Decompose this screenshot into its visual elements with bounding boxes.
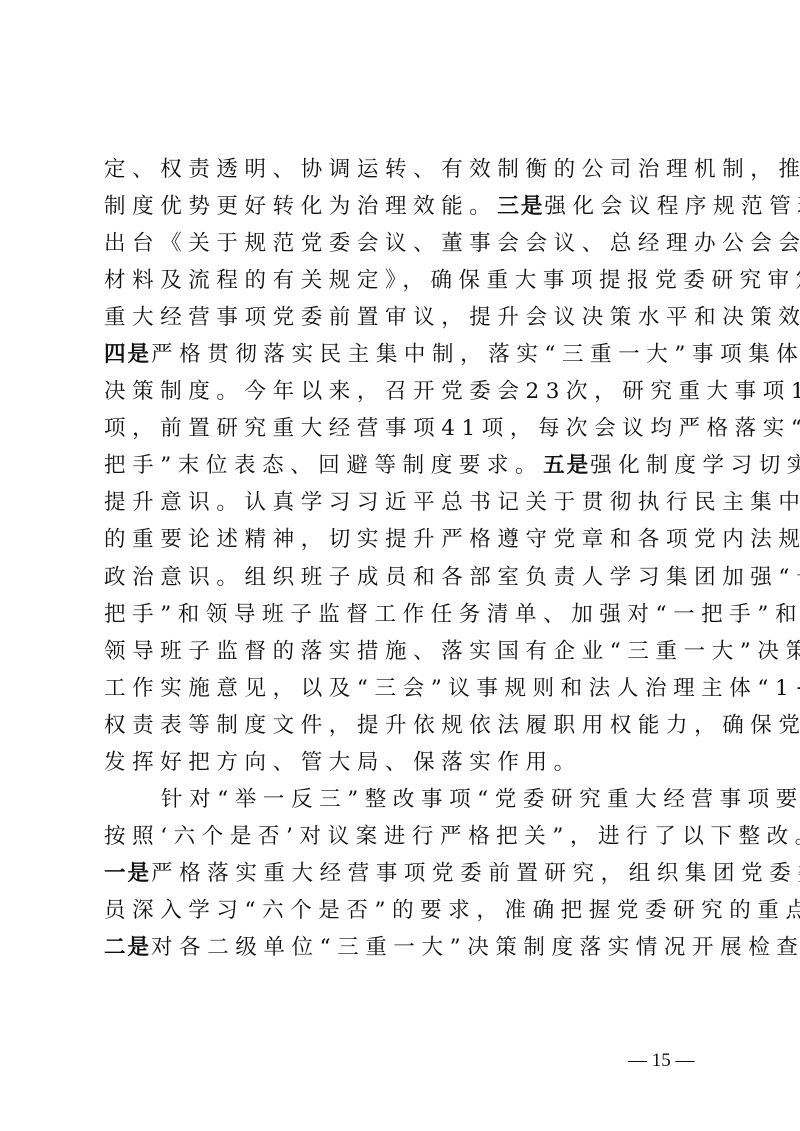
bold-heading-marker: 一是 — [104, 861, 151, 886]
document-page: 定、权责透明、协调运转、有效制衡的公司治理机制，推动制度优势更好转化为治理效能。… — [0, 0, 800, 1131]
bold-heading-marker: 二是 — [104, 935, 151, 960]
text-segment: 强化会议程序规范管理。 — [544, 194, 800, 219]
text-line: 一是严格落实重大经营事项党委前置研究，组织集团党委委 — [104, 855, 704, 892]
text-line: 的重要论述精神，切实提升严格遵守党章和各项党内法规的 — [104, 521, 704, 558]
bold-heading-marker: 四是 — [104, 342, 151, 367]
text-line: 员深入学习“六个是否”的要求，准确把握党委研究的重点。 — [104, 892, 704, 929]
text-line: 按照‘六个是否’对议案进行严格把关”，进行了以下整改。 — [104, 818, 704, 855]
text-segment: 严格贯彻落实民主集中制，落实“三重一大”事项集体 — [151, 342, 800, 367]
text-segment: 领导班子监督的落实措施、落实国有企业“三重一大”决策 — [104, 639, 800, 664]
text-line: 重大经营事项党委前置审议，提升会议决策水平和决策效率。 — [104, 299, 704, 336]
text-segment: 工作实施意见，以及“三会”议事规则和法人治理主体“1+3” — [104, 676, 800, 701]
text-segment: 政治意识。组织班子成员和各部室负责人学习集团加强“一 — [104, 565, 800, 590]
text-line: 工作实施意见，以及“三会”议事规则和法人治理主体“1+3” — [104, 670, 704, 707]
text-segment: 提升意识。认真学习习近平总书记关于贯彻执行民主集中制 — [104, 490, 800, 515]
text-segment: 的重要论述精神，切实提升严格遵守党章和各项党内法规的 — [104, 527, 800, 552]
text-line: 制度优势更好转化为治理效能。三是强化会议程序规范管理。 — [104, 188, 704, 225]
text-segment: 决策制度。今年以来，召开党委会23次，研究重大事项113 — [104, 379, 800, 404]
text-segment: 出台《关于规范党委会议、董事会会议、总经理办公会会议 — [104, 231, 800, 256]
text-line: 二是对各二级单位“三重一大”决策制度落实情况开展检查， — [104, 929, 704, 966]
text-segment: 发挥好把方向、管大局、保落实作用。 — [104, 750, 582, 775]
text-line: 发挥好把方向、管大局、保落实作用。 — [104, 744, 704, 781]
text-segment: 员深入学习“六个是否”的要求，准确把握党委研究的重点。 — [104, 898, 800, 923]
text-segment: 材料及流程的有关规定》，确保重大事项提报党委研究审定、 — [104, 268, 800, 293]
bold-heading-marker: 三是 — [497, 194, 544, 219]
text-line: 出台《关于规范党委会议、董事会会议、总经理办公会会议 — [104, 225, 704, 262]
text-segment: 把手”和领导班子监督工作任务清单、加强对“一把手”和 — [104, 602, 800, 627]
bold-heading-marker: 五是 — [543, 453, 590, 478]
text-line: 决策制度。今年以来，召开党委会23次，研究重大事项113 — [104, 373, 704, 410]
text-line: 权责表等制度文件，提升依规依法履职用权能力，确保党委 — [104, 707, 704, 744]
text-line: 提升意识。认真学习习近平总书记关于贯彻执行民主集中制 — [104, 484, 704, 521]
text-segment: 制度优势更好转化为治理效能。 — [104, 194, 497, 219]
text-line: 把手”和领导班子监督工作任务清单、加强对“一把手”和 — [104, 596, 704, 633]
text-segment: 强化制度学习切实 — [590, 453, 800, 478]
text-segment: 项，前置研究重大经营事项41项，每次会议均严格落实“一 — [104, 416, 800, 441]
text-line: 政治意识。组织班子成员和各部室负责人学习集团加强“一 — [104, 559, 704, 596]
text-line: 把手”末位表态、回避等制度要求。五是强化制度学习切实 — [104, 447, 704, 484]
text-segment: 严格落实重大经营事项党委前置研究，组织集团党委委 — [151, 861, 800, 886]
text-segment: 重大经营事项党委前置审议，提升会议决策水平和决策效率。 — [104, 305, 800, 330]
text-line: 定、权责透明、协调运转、有效制衡的公司治理机制，推动 — [104, 151, 704, 188]
text-line: 项，前置研究重大经营事项41项，每次会议均严格落实“一 — [104, 410, 704, 447]
text-segment: 对各二级单位“三重一大”决策制度落实情况开展检查， — [151, 935, 800, 960]
page-number: — 15 — — [628, 1050, 695, 1072]
text-line: 材料及流程的有关规定》，确保重大事项提报党委研究审定、 — [104, 262, 704, 299]
text-segment: 针对“举一反三”整改事项“党委研究重大经营事项要 — [161, 787, 800, 812]
text-segment: 定、权责透明、协调运转、有效制衡的公司治理机制，推动 — [104, 157, 800, 182]
text-segment: 按照‘六个是否’对议案进行严格把关”，进行了以下整改。 — [104, 824, 800, 849]
text-line: 领导班子监督的落实措施、落实国有企业“三重一大”决策 — [104, 633, 704, 670]
text-line: 四是严格贯彻落实民主集中制，落实“三重一大”事项集体 — [104, 336, 704, 373]
text-segment: 权责表等制度文件，提升依规依法履职用权能力，确保党委 — [104, 713, 800, 738]
body-text: 定、权责透明、协调运转、有效制衡的公司治理机制，推动制度优势更好转化为治理效能。… — [104, 151, 704, 966]
text-line: 针对“举一反三”整改事项“党委研究重大经营事项要 — [104, 781, 704, 818]
text-segment: 把手”末位表态、回避等制度要求。 — [104, 453, 543, 478]
